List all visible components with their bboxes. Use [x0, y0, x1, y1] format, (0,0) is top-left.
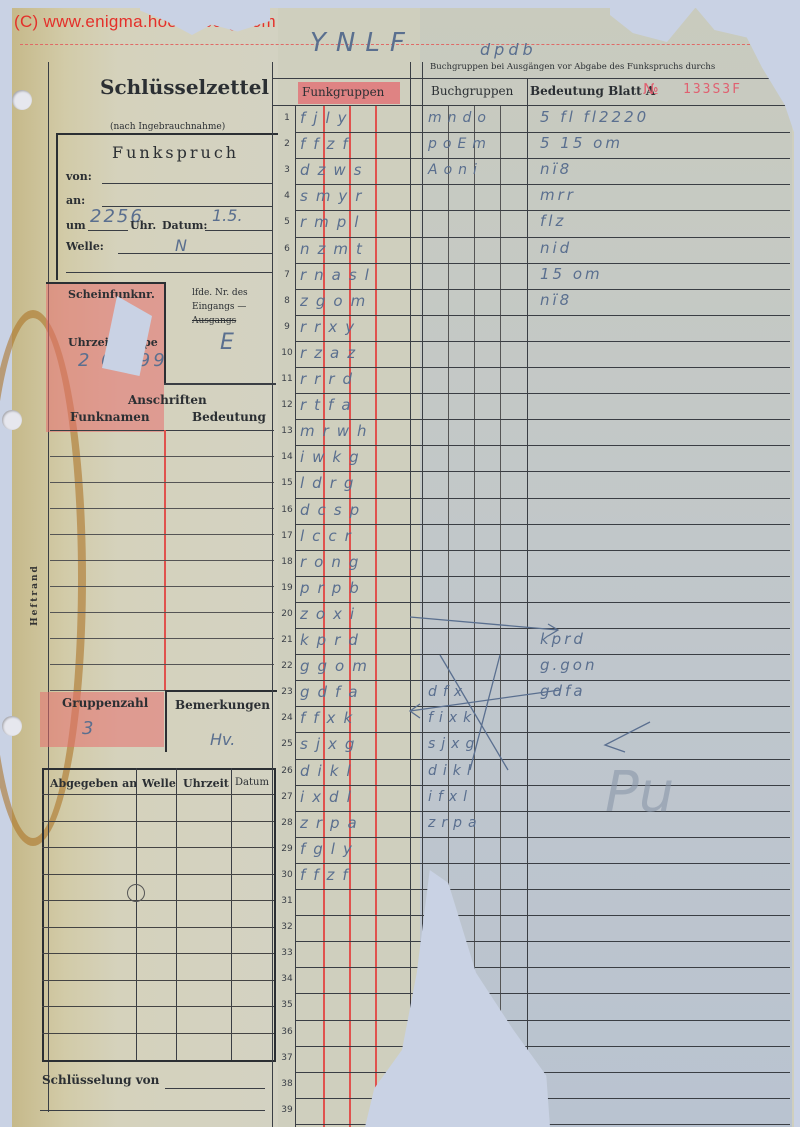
bedeutung-signature: Pu — [605, 760, 674, 825]
pencil-annotations — [0, 0, 800, 1127]
